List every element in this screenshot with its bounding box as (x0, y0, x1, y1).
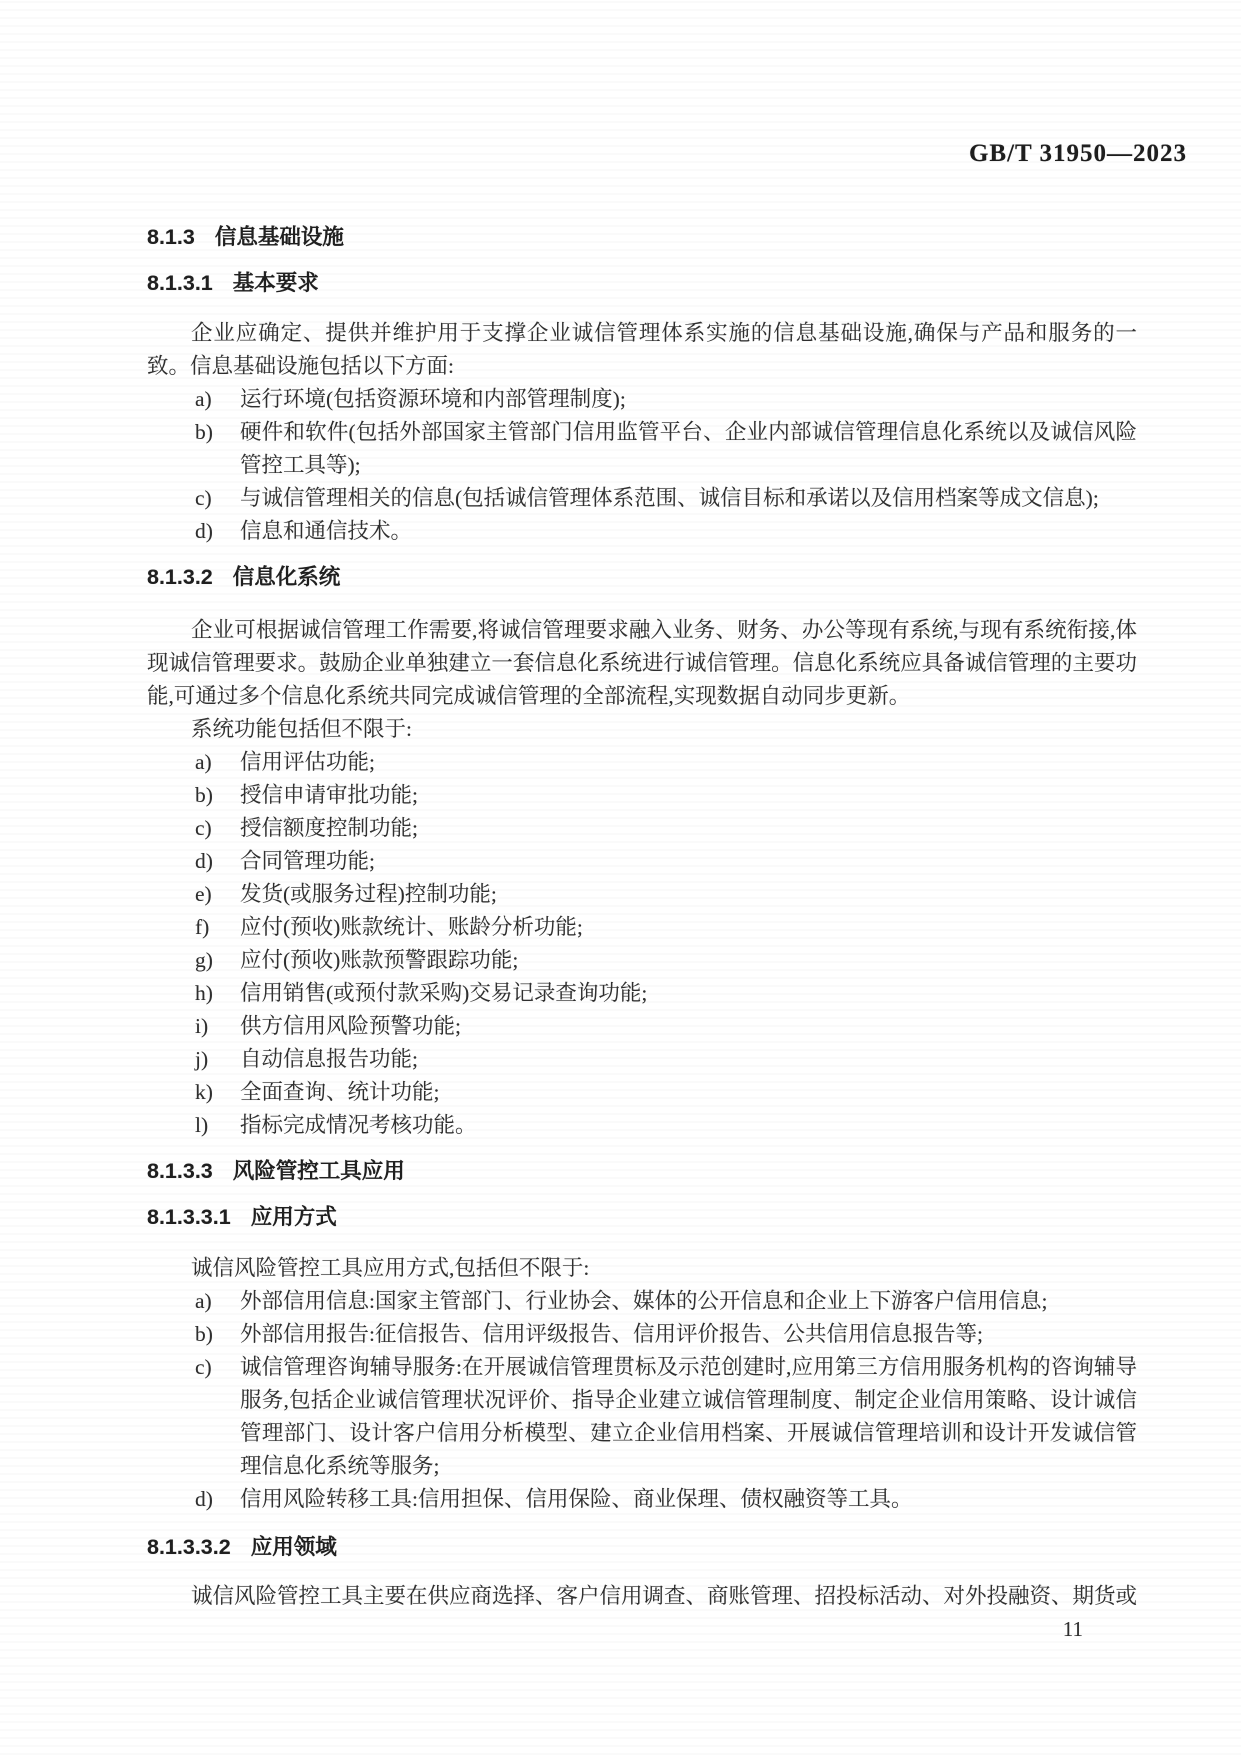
section-number: 8.1.3.1 (147, 271, 213, 295)
list-item: f) 应付(预收)账款统计、账龄分析功能; (147, 911, 1137, 944)
section-title: 风险管控工具应用 (233, 1159, 405, 1183)
section-title: 应用领域 (251, 1535, 337, 1559)
list-item-text: 信用评估功能; (240, 746, 1137, 779)
section-number: 8.1.3.3.1 (147, 1205, 231, 1229)
paragraph: 企业应确定、提供并维护用于支撑企业诚信管理体系实施的信息基础设施,确保与产品和服… (147, 317, 1137, 383)
list-item-label: i) (195, 1010, 240, 1043)
lettered-list: a) 运行环境(包括资源环境和内部管理制度); b) 硬件和软件(包括外部国家主… (147, 383, 1137, 548)
list-item: a) 信用评估功能; (147, 746, 1137, 779)
section-heading-8-1-3-3: 8.1.3.3风险管控工具应用 (147, 1156, 1137, 1186)
paragraph: 诚信风险管控工具主要在供应商选择、客户信用调查、商账管理、招投标活动、对外投融资… (147, 1580, 1137, 1613)
list-item: c) 诚信管理咨询辅导服务:在开展诚信管理贯标及示范创建时,应用第三方信用服务机… (147, 1351, 1137, 1483)
section-heading-8-1-3-1: 8.1.3.1基本要求 (147, 268, 1137, 298)
list-item-text: 合同管理功能; (240, 845, 1137, 878)
section-number: 8.1.3 (147, 225, 195, 249)
list-item-text: 硬件和软件(包括外部国家主管部门信用监管平台、企业内部诚信管理信息化系统以及诚信… (240, 416, 1137, 482)
list-item-label: l) (195, 1109, 240, 1142)
list-item-text: 信用风险转移工具:信用担保、信用保险、商业保理、债权融资等工具。 (240, 1483, 1137, 1516)
list-item-label: d) (195, 845, 240, 878)
document-page: GB/T 31950—2023 8.1.3信息基础设施 8.1.3.1基本要求 … (0, 0, 1241, 1755)
paragraph: 系统功能包括但不限于: (147, 713, 1137, 746)
page-number: 11 (1063, 1617, 1083, 1642)
list-item-text: 运行环境(包括资源环境和内部管理制度); (240, 383, 1137, 416)
list-item: b) 硬件和软件(包括外部国家主管部门信用监管平台、企业内部诚信管理信息化系统以… (147, 416, 1137, 482)
section-heading-8-1-3: 8.1.3信息基础设施 (147, 222, 1137, 252)
paragraph: 诚信风险管控工具应用方式,包括但不限于: (147, 1252, 1137, 1285)
list-item: i) 供方信用风险预警功能; (147, 1010, 1137, 1043)
list-item: a) 运行环境(包括资源环境和内部管理制度); (147, 383, 1137, 416)
list-item-text: 信息和通信技术。 (240, 515, 1137, 548)
list-item-label: j) (195, 1043, 240, 1076)
list-item-label: h) (195, 977, 240, 1010)
list-item-label: d) (195, 515, 240, 548)
list-item-text: 供方信用风险预警功能; (240, 1010, 1137, 1043)
list-item-text: 发货(或服务过程)控制功能; (240, 878, 1137, 911)
list-item: c) 与诚信管理相关的信息(包括诚信管理体系范围、诚信目标和承诺以及信用档案等成… (147, 482, 1137, 515)
section-heading-8-1-3-3-1: 8.1.3.3.1应用方式 (147, 1202, 1137, 1232)
list-item: d) 合同管理功能; (147, 845, 1137, 878)
section-heading-8-1-3-2: 8.1.3.2信息化系统 (147, 562, 1137, 592)
list-item: d) 信息和通信技术。 (147, 515, 1137, 548)
list-item: l) 指标完成情况考核功能。 (147, 1109, 1137, 1142)
section-number: 8.1.3.3.2 (147, 1535, 231, 1559)
list-item: k) 全面查询、统计功能; (147, 1076, 1137, 1109)
list-item: h) 信用销售(或预付款采购)交易记录查询功能; (147, 977, 1137, 1010)
list-item-text: 与诚信管理相关的信息(包括诚信管理体系范围、诚信目标和承诺以及信用档案等成文信息… (240, 482, 1137, 515)
list-item-text: 指标完成情况考核功能。 (240, 1109, 1137, 1142)
list-item-label: a) (195, 383, 240, 416)
list-item: g) 应付(预收)账款预警跟踪功能; (147, 944, 1137, 977)
list-item-text: 应付(预收)账款预警跟踪功能; (240, 944, 1137, 977)
section-heading-8-1-3-3-2: 8.1.3.3.2应用领域 (147, 1532, 1137, 1562)
section-title: 信息化系统 (233, 565, 341, 589)
list-item-label: f) (195, 911, 240, 944)
list-item-label: a) (195, 746, 240, 779)
list-item: b) 授信申请审批功能; (147, 779, 1137, 812)
list-item-label: c) (195, 1351, 240, 1483)
list-item-label: c) (195, 812, 240, 845)
section-number: 8.1.3.2 (147, 565, 213, 589)
section-title: 应用方式 (251, 1205, 337, 1229)
section-title: 信息基础设施 (215, 225, 344, 249)
list-item: d) 信用风险转移工具:信用担保、信用保险、商业保理、债权融资等工具。 (147, 1483, 1137, 1516)
list-item: j) 自动信息报告功能; (147, 1043, 1137, 1076)
list-item: b) 外部信用报告:征信报告、信用评级报告、信用评价报告、公共信用信息报告等; (147, 1318, 1137, 1351)
list-item-label: e) (195, 878, 240, 911)
lettered-list: a) 外部信用信息:国家主管部门、行业协会、媒体的公开信息和企业上下游客户信用信… (147, 1285, 1137, 1516)
list-item-text: 自动信息报告功能; (240, 1043, 1137, 1076)
list-item: e) 发货(或服务过程)控制功能; (147, 878, 1137, 911)
list-item-label: a) (195, 1285, 240, 1318)
list-item-text: 外部信用信息:国家主管部门、行业协会、媒体的公开信息和企业上下游客户信用信息; (240, 1285, 1137, 1318)
list-item-text: 信用销售(或预付款采购)交易记录查询功能; (240, 977, 1137, 1010)
list-item-text: 应付(预收)账款统计、账龄分析功能; (240, 911, 1137, 944)
section-number: 8.1.3.3 (147, 1159, 213, 1183)
page-content: 8.1.3信息基础设施 8.1.3.1基本要求 企业应确定、提供并维护用于支撑企… (147, 0, 1137, 1613)
paragraph: 企业可根据诚信管理工作需要,将诚信管理要求融入业务、财务、办公等现有系统,与现有… (147, 614, 1137, 713)
list-item: a) 外部信用信息:国家主管部门、行业协会、媒体的公开信息和企业上下游客户信用信… (147, 1285, 1137, 1318)
list-item-text: 诚信管理咨询辅导服务:在开展诚信管理贯标及示范创建时,应用第三方信用服务机构的咨… (240, 1351, 1137, 1483)
section-title: 基本要求 (233, 271, 319, 295)
list-item-text: 全面查询、统计功能; (240, 1076, 1137, 1109)
list-item-text: 授信申请审批功能; (240, 779, 1137, 812)
list-item-label: b) (195, 779, 240, 812)
list-item: c) 授信额度控制功能; (147, 812, 1137, 845)
list-item-label: c) (195, 482, 240, 515)
list-item-label: b) (195, 416, 240, 482)
list-item-text: 授信额度控制功能; (240, 812, 1137, 845)
lettered-list: a) 信用评估功能; b) 授信申请审批功能; c) 授信额度控制功能; d) … (147, 746, 1137, 1142)
list-item-text: 外部信用报告:征信报告、信用评级报告、信用评价报告、公共信用信息报告等; (240, 1318, 1137, 1351)
list-item-label: g) (195, 944, 240, 977)
list-item-label: d) (195, 1483, 240, 1516)
list-item-label: b) (195, 1318, 240, 1351)
list-item-label: k) (195, 1076, 240, 1109)
